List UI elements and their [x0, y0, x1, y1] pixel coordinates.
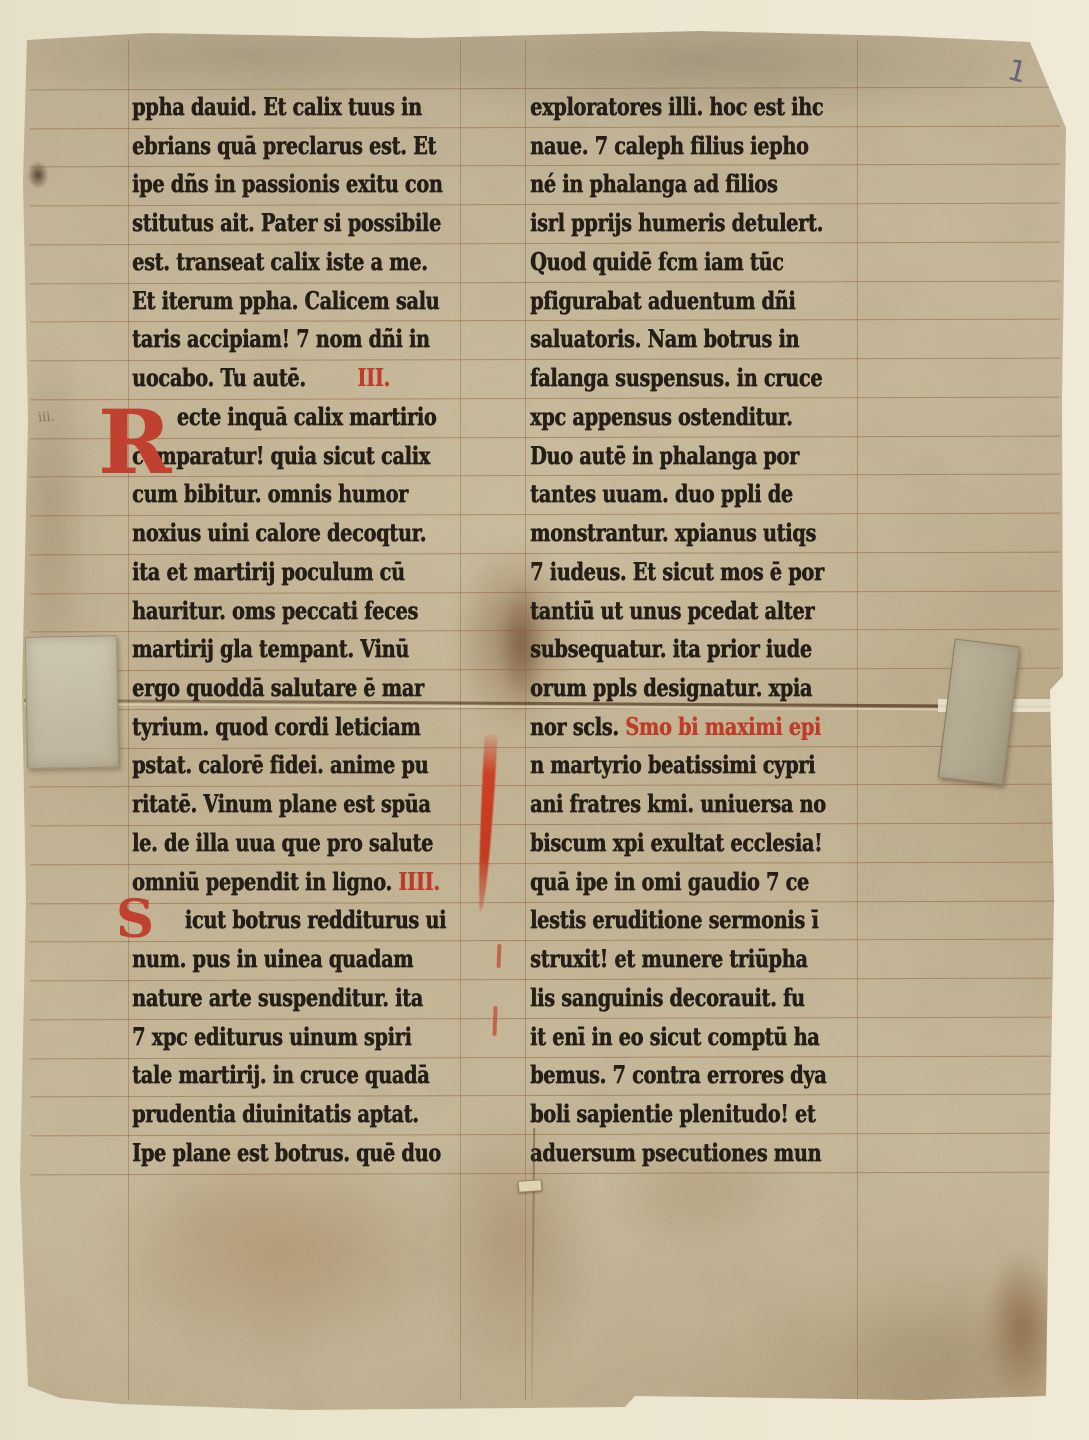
text-line: stitutus ait. Pater si possibile — [132, 204, 476, 243]
text-line: taris accipiam! 7 nom dñi in — [132, 320, 476, 359]
manuscript-leaf: ppha dauid. Et calix tuus inebrians quā … — [0, 0, 1089, 1440]
stain — [982, 1248, 1062, 1408]
text-line: pfigurabat aduentum dñi — [530, 282, 874, 321]
red-paragraph-mark — [497, 944, 502, 968]
text-line: est. transeat calix iste a me. — [132, 243, 476, 282]
text-line: it enī in eo sicut comptū ha — [530, 1018, 874, 1057]
text-line: subsequatur. ita prior iude — [530, 630, 874, 669]
text-line: cum bibitur. omnis humor — [132, 475, 476, 514]
text-line: né in phalanga ad filios — [530, 165, 874, 204]
text-line: xpc appensus ostenditur. — [530, 398, 874, 437]
text-column-left: ppha dauid. Et calix tuus inebrians quā … — [132, 88, 476, 1173]
pencil-folio-number: 1 — [1004, 52, 1030, 89]
stain — [14, 320, 88, 740]
repair-staple — [518, 1179, 543, 1193]
stain — [872, 740, 1052, 1080]
red-initial-i-flourish — [475, 734, 497, 912]
text-line: tale martirij. in cruce quadā — [132, 1056, 476, 1095]
text-line: tantes uuam. duo ppli de — [530, 475, 874, 514]
seam-gap — [938, 699, 1066, 712]
text-line: num. pus in uinea quadam — [132, 940, 476, 979]
text-line: nature arte suspenditur. ita — [132, 979, 476, 1018]
repair-patch-right — [938, 639, 1021, 786]
text-line: hauritur. oms peccati feces — [132, 592, 476, 631]
text-line: lis sanguinis decorauit. fu — [530, 979, 874, 1018]
text-line: le. de illa uua que pro salute — [132, 824, 476, 863]
text-line: Ipe plane est botrus. quē duo — [132, 1134, 476, 1173]
text-line: icut botrus redditurus ui — [132, 901, 476, 940]
text-line: prudentia diuinitatis aptat. — [132, 1095, 476, 1134]
text-line: quā ipe in omi gaudio 7 ce — [530, 863, 874, 902]
photograph-of-manuscript-leaf: { "page": { "description": "Single parch… — [0, 0, 1089, 1440]
text-line: Quod quidē fcm iam tūc — [530, 243, 874, 282]
text-line: falanga suspensus. in cruce — [530, 359, 874, 398]
vertical-rule-line — [128, 40, 129, 1400]
text-line: ita et martirij poculum cū — [132, 553, 476, 592]
text-line: ppha dauid. Et calix tuus in — [132, 88, 476, 127]
text-line: ecte inquā calix martirio — [132, 398, 476, 437]
text-line: ebrians quā preclarus est. Et — [132, 127, 476, 166]
text-line: ritatē. Vinum plane est spūa — [132, 785, 476, 824]
text-line: aduersum psecutiones mun — [530, 1134, 874, 1173]
text-line: saluatoris. Nam botrus in — [530, 320, 874, 359]
text-column-right: exploratores illi. hoc est ihcnaue. 7 ca… — [530, 88, 874, 1173]
text-line: Et iterum ppha. Calicem salu — [132, 282, 476, 321]
text-line: pstat. calorē fidei. anime pu — [132, 746, 476, 785]
text-line: exploratores illi. hoc est ihc — [530, 88, 874, 127]
text-line: 7 iudeus. Et sicut mos ē por — [530, 553, 874, 592]
red-initial-S: S — [116, 894, 154, 946]
text-line: ani fratres kmi. uniuersa no — [530, 785, 874, 824]
text-line: martirij gla tempant. Vinū — [132, 630, 476, 669]
text-line: isrl pprijs humeris detulert. — [530, 204, 874, 243]
text-line: tantiū ut unus pcedat alter — [530, 592, 874, 631]
text-line: boli sapientie plenitudo! et — [530, 1095, 874, 1134]
red-initial-R: R — [98, 398, 171, 486]
text-line: tyrium. quod cordi leticiam — [132, 708, 476, 747]
text-line: 7 xpc editurus uinum spiri — [132, 1018, 476, 1057]
text-line: comparatur! quia sicut calix — [132, 437, 476, 476]
text-line: Duo autē in phalanga por — [530, 437, 874, 476]
text-line: omniū pependit in ligno. IIII. — [132, 863, 476, 902]
text-line: bemus. 7 contra errores dya — [530, 1056, 874, 1095]
text-line: noxius uini calore decoqtur. — [132, 514, 476, 553]
text-line: biscum xpi exultat ecclesia! — [530, 824, 874, 863]
red-paragraph-mark — [492, 1006, 497, 1036]
marginal-note: iii. — [37, 409, 55, 425]
text-line: n martyrio beatissimi cypri — [530, 746, 874, 785]
text-line: struxit! et munere triūpha — [530, 940, 874, 979]
text-line: naue. 7 caleph filius iepho — [530, 127, 874, 166]
vertical-rule-line — [525, 40, 526, 1400]
text-line: lestis eruditione sermonis ī — [530, 901, 874, 940]
text-line: nor scls. Smo bi maximi epi — [530, 708, 874, 747]
text-line: monstrantur. xpianus utiqs — [530, 514, 874, 553]
text-line: uocabo. Tu autē. III. — [132, 359, 476, 398]
text-line: ipe dñs in passionis exitu con — [132, 165, 476, 204]
